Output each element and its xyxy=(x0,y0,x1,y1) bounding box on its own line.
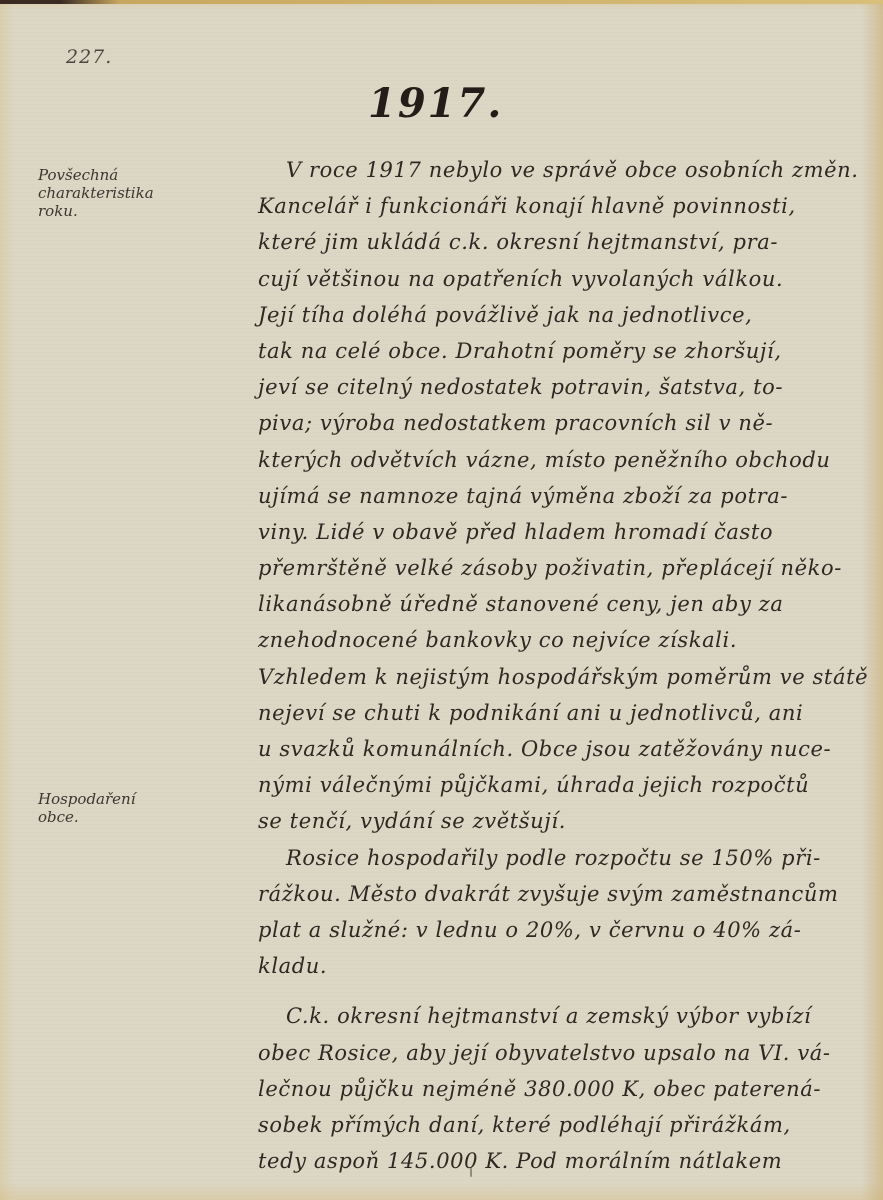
manuscript-page: 227. 1917. Povšechná charakteristika rok… xyxy=(0,0,883,1200)
text-line: piva; výroba nedostatkem pracovních sil … xyxy=(258,405,858,441)
margin-note-line: Povšechná xyxy=(38,166,118,184)
margin-note-line: obce. xyxy=(38,808,79,826)
text-line: Vzhledem k nejistým hospodářským poměrům… xyxy=(258,659,858,695)
text-line: tedy aspoň 145.000 K. Pod morálním nátla… xyxy=(258,1143,858,1179)
margin-note-line: Hospodaření xyxy=(38,790,136,808)
text-line: Rosice hospodařily podle rozpočtu se 150… xyxy=(258,840,858,876)
text-line: lečnou půjčku nejméně 380.000 K, obec pa… xyxy=(258,1071,858,1107)
paragraph-war-loan: C.k. okresní hejtmanství a zemský výbor … xyxy=(258,998,858,1179)
margin-note-line: roku. xyxy=(38,202,78,220)
text-line: znehodnocené bankovky co nejvíce získali… xyxy=(258,622,858,658)
text-line: u svazků komunálních. Obce jsou zatěžová… xyxy=(258,731,858,767)
text-line: V roce 1917 nebylo ve správě obce osobní… xyxy=(258,152,858,188)
text-line: likanásobně úředně stanovené ceny, jen a… xyxy=(258,586,858,622)
margin-note-municipal-economy: Hospodaření obce. xyxy=(38,790,218,826)
text-line: viny. Lidé v obavě před hladem hromadí č… xyxy=(258,514,858,550)
text-line: ujímá se namnoze tajná výměna zboží za p… xyxy=(258,478,858,514)
text-line: kladu. xyxy=(258,948,858,984)
paragraph-economic-conditions: Vzhledem k nejistým hospodářským poměrům… xyxy=(258,659,858,840)
text-line: nými válečnými půjčkami, úhrada jejich r… xyxy=(258,767,858,803)
text-line: rážkou. Město dvakrát zvyšuje svým zaměs… xyxy=(258,876,858,912)
text-line: C.k. okresní hejtmanství a zemský výbor … xyxy=(258,998,858,1034)
paragraph-gap xyxy=(258,984,858,998)
page-number: 227. xyxy=(66,46,112,68)
text-line: plat a služné: v lednu o 20%, v červnu o… xyxy=(258,912,858,948)
text-line: obec Rosice, aby její obyvatelstvo upsal… xyxy=(258,1035,858,1071)
body-text: V roce 1917 nebylo ve správě obce osobní… xyxy=(258,152,858,1179)
text-line: jeví se citelný nedostatek potravin, šat… xyxy=(258,369,858,405)
text-line: se tenčí, vydání se zvětšují. xyxy=(258,803,858,839)
margin-note-line: charakteristika xyxy=(38,184,154,202)
text-line: cují většinou na opatřeních vyvolaných v… xyxy=(258,261,858,297)
paragraph-general: V roce 1917 nebylo ve správě obce osobní… xyxy=(258,152,858,659)
paragraph-rosice-budget: Rosice hospodařily podle rozpočtu se 150… xyxy=(258,840,858,985)
margin-note-general-characteristics: Povšechná charakteristika roku. xyxy=(38,166,218,220)
year-heading: 1917. xyxy=(368,80,503,127)
text-line: kterých odvětvích vázne, místo peněžního… xyxy=(258,442,858,478)
text-line: sobek přímých daní, které podléhají přir… xyxy=(258,1107,858,1143)
text-line: přemrštěně velké zásoby poživatin, přepl… xyxy=(258,550,858,586)
text-line: které jim ukládá c.k. okresní hejtmanstv… xyxy=(258,224,858,260)
text-line: nejeví se chuti k podnikání ani u jednot… xyxy=(258,695,858,731)
text-line: Její tíha doléhá povážlivě jak na jednot… xyxy=(258,297,858,333)
text-line: Kancelář i funkcionáři konají hlavně pov… xyxy=(258,188,858,224)
text-line: tak na celé obce. Drahotní poměry se zho… xyxy=(258,333,858,369)
page-top-edge xyxy=(0,0,883,4)
ink-speck xyxy=(470,1168,472,1177)
